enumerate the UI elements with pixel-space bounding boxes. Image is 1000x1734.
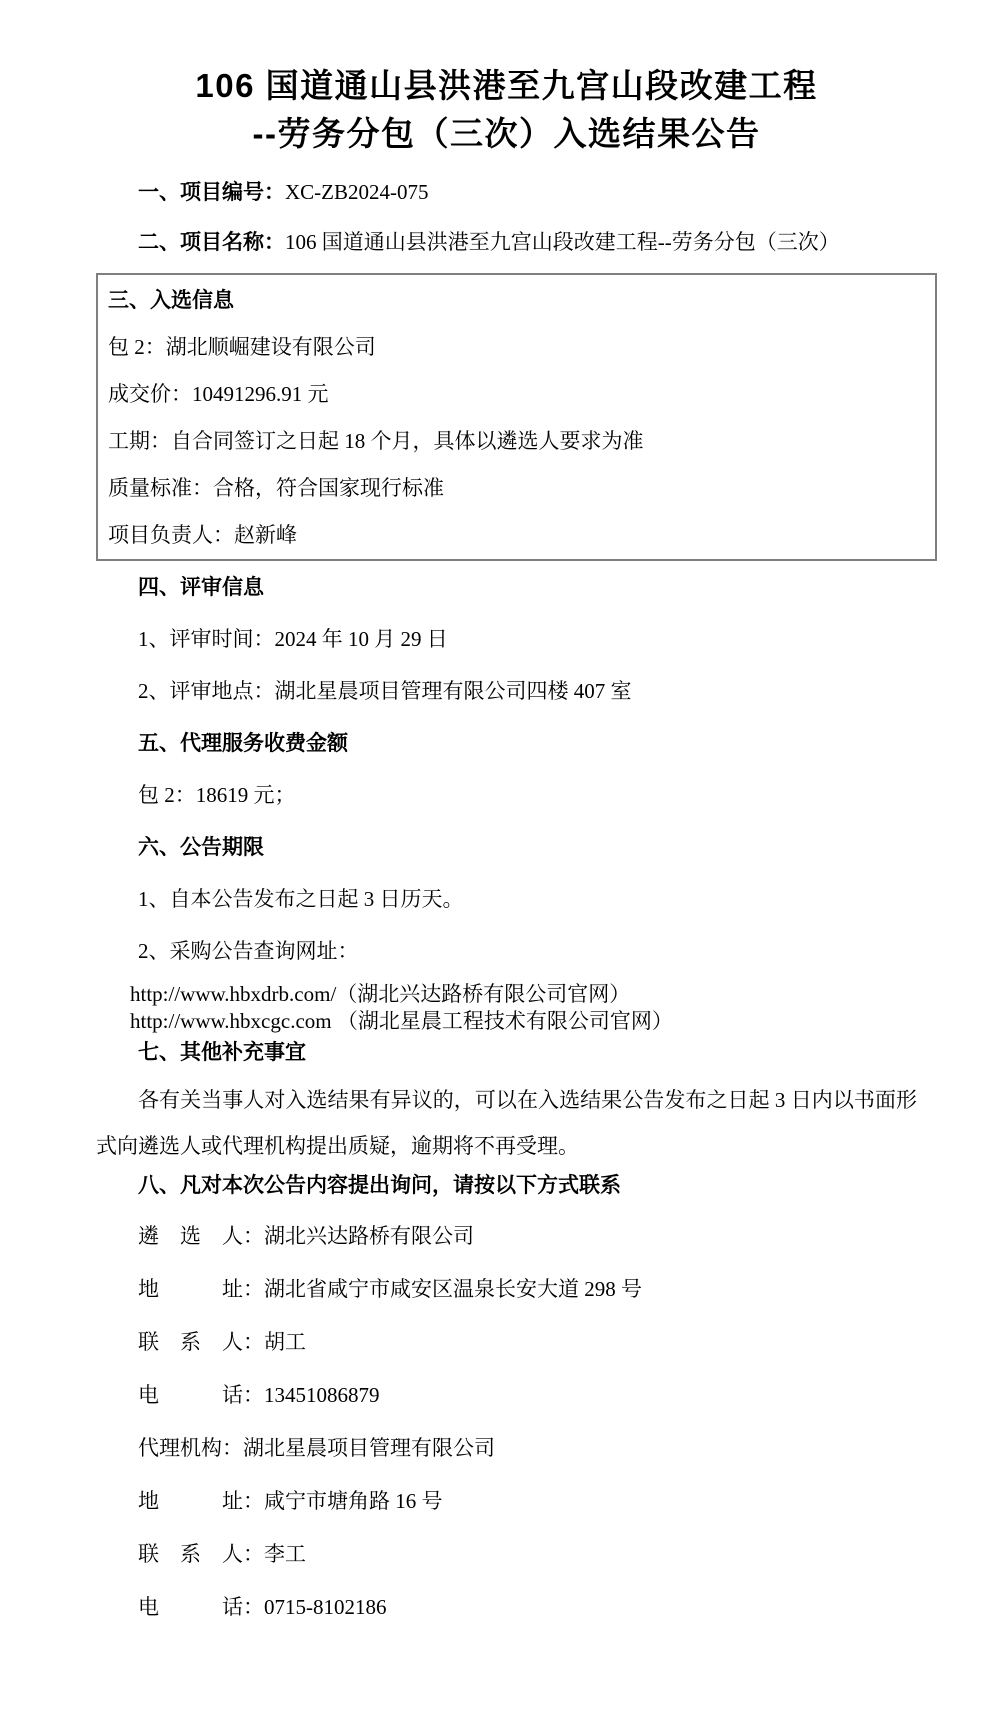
document-content: 106 国道通山县洪港至九宫山段改建工程 --劳务分包（三次）入选结果公告 一、… (0, 0, 1000, 1634)
selection-price-line: 成交价：10491296.91 元 (108, 371, 925, 418)
contact-selector-value: 湖北兴达路桥有限公司 (264, 1224, 474, 1248)
project-name-value: 106 国道通山县洪港至九宫山段改建工程--劳务分包（三次） (285, 230, 840, 254)
contact-address1-value: 湖北省咸宁市咸安区温泉长安大道 298 号 (264, 1277, 642, 1301)
review-info-heading: 四、评审信息 (96, 561, 917, 613)
contact-address2-line: 地 址：咸宁市塘角路 16 号 (96, 1475, 917, 1528)
selection-package-line: 包 2：湖北顺崛建设有限公司 (108, 324, 925, 371)
contact-agency-line: 代理机构：湖北星晨项目管理有限公司 (96, 1422, 917, 1475)
contact-phone2-value: 0715-8102186 (264, 1595, 387, 1619)
contact-address2-label: 地 址： (138, 1489, 264, 1513)
contact-phone1-line: 电 话：13451086879 (96, 1369, 917, 1422)
contact-phone2-line: 电 话：0715-8102186 (96, 1581, 917, 1634)
project-number-line: 一、项目编号：XC-ZB2024-075 (96, 167, 917, 217)
contact-agency-value: 湖北星晨项目管理有限公司 (243, 1436, 495, 1460)
contact-person2-value: 李工 (264, 1542, 306, 1566)
agency-fee-amount-line: 包 2：18619 元； (96, 769, 917, 821)
contact-person2-line: 联 系 人：李工 (96, 1528, 917, 1581)
document-page: 106 国道通山县洪港至九宫山段改建工程 --劳务分包（三次）入选结果公告 一、… (0, 0, 1000, 1734)
selection-manager-line: 项目负责人：赵新峰 (108, 512, 925, 559)
contact-phone1-value: 13451086879 (264, 1383, 380, 1407)
contact-phone2-label: 电 话： (138, 1595, 264, 1619)
project-name-line: 二、项目名称：106 国道通山县洪港至九宫山段改建工程--劳务分包（三次） (96, 217, 917, 267)
notice-query-label-line: 2、采购公告查询网址： (96, 925, 917, 977)
notice-period-heading: 六、公告期限 (96, 821, 917, 873)
contact-person1-value: 胡工 (264, 1330, 306, 1354)
selection-info-heading: 三、入选信息 (108, 277, 925, 324)
notice-duration-line: 1、自本公告发布之日起 3 日历天。 (96, 873, 917, 925)
review-time-line: 1、评审时间：2024 年 10 月 29 日 (96, 613, 917, 665)
contact-person1-line: 联 系 人：胡工 (96, 1316, 917, 1369)
contact-address1-label: 地 址： (138, 1277, 264, 1301)
contact-address1-line: 地 址：湖北省咸宁市咸安区温泉长安大道 298 号 (96, 1263, 917, 1316)
project-name-label: 二、项目名称： (138, 230, 285, 254)
contact-heading: 八、凡对本次公告内容提出询问，请按以下方式联系 (96, 1160, 917, 1210)
selection-quality-line: 质量标准：合格，符合国家现行标准 (108, 465, 925, 512)
project-number-label: 一、项目编号： (138, 180, 285, 204)
selection-duration-line: 工期：自合同签订之日起 18 个月，具体以遴选人要求为准 (108, 418, 925, 465)
review-place-line: 2、评审地点：湖北星晨项目管理有限公司四楼 407 室 (96, 665, 917, 717)
document-title-line2: --劳务分包（三次）入选结果公告 (96, 110, 917, 158)
document-title-line1: 106 国道通山县洪港至九宫山段改建工程 (96, 62, 917, 110)
agency-fee-heading: 五、代理服务收费金额 (96, 717, 917, 769)
contact-phone1-label: 电 话： (138, 1383, 264, 1407)
selection-info-box: 三、入选信息 包 2：湖北顺崛建设有限公司 成交价：10491296.91 元 … (96, 273, 937, 561)
contact-agency-label: 代理机构： (138, 1436, 243, 1460)
contact-person1-label: 联 系 人： (138, 1330, 264, 1354)
project-number-value: XC-ZB2024-075 (285, 180, 429, 204)
contact-person2-label: 联 系 人： (138, 1542, 264, 1566)
supplement-body: 各有关当事人对入选结果有异议的，可以在入选结果公告发布之日起 3 日内以书面形式… (96, 1077, 917, 1169)
document-title: 106 国道通山县洪港至九宫山段改建工程 --劳务分包（三次）入选结果公告 (96, 62, 917, 158)
contact-selector-label: 遴 选 人： (138, 1224, 264, 1248)
query-url-1: http://www.hbxdrb.com/（湖北兴达路桥有限公司官网） (130, 981, 917, 1008)
contact-selector-line: 遴 选 人：湖北兴达路桥有限公司 (96, 1210, 917, 1263)
contact-address2-value: 咸宁市塘角路 16 号 (264, 1489, 443, 1513)
